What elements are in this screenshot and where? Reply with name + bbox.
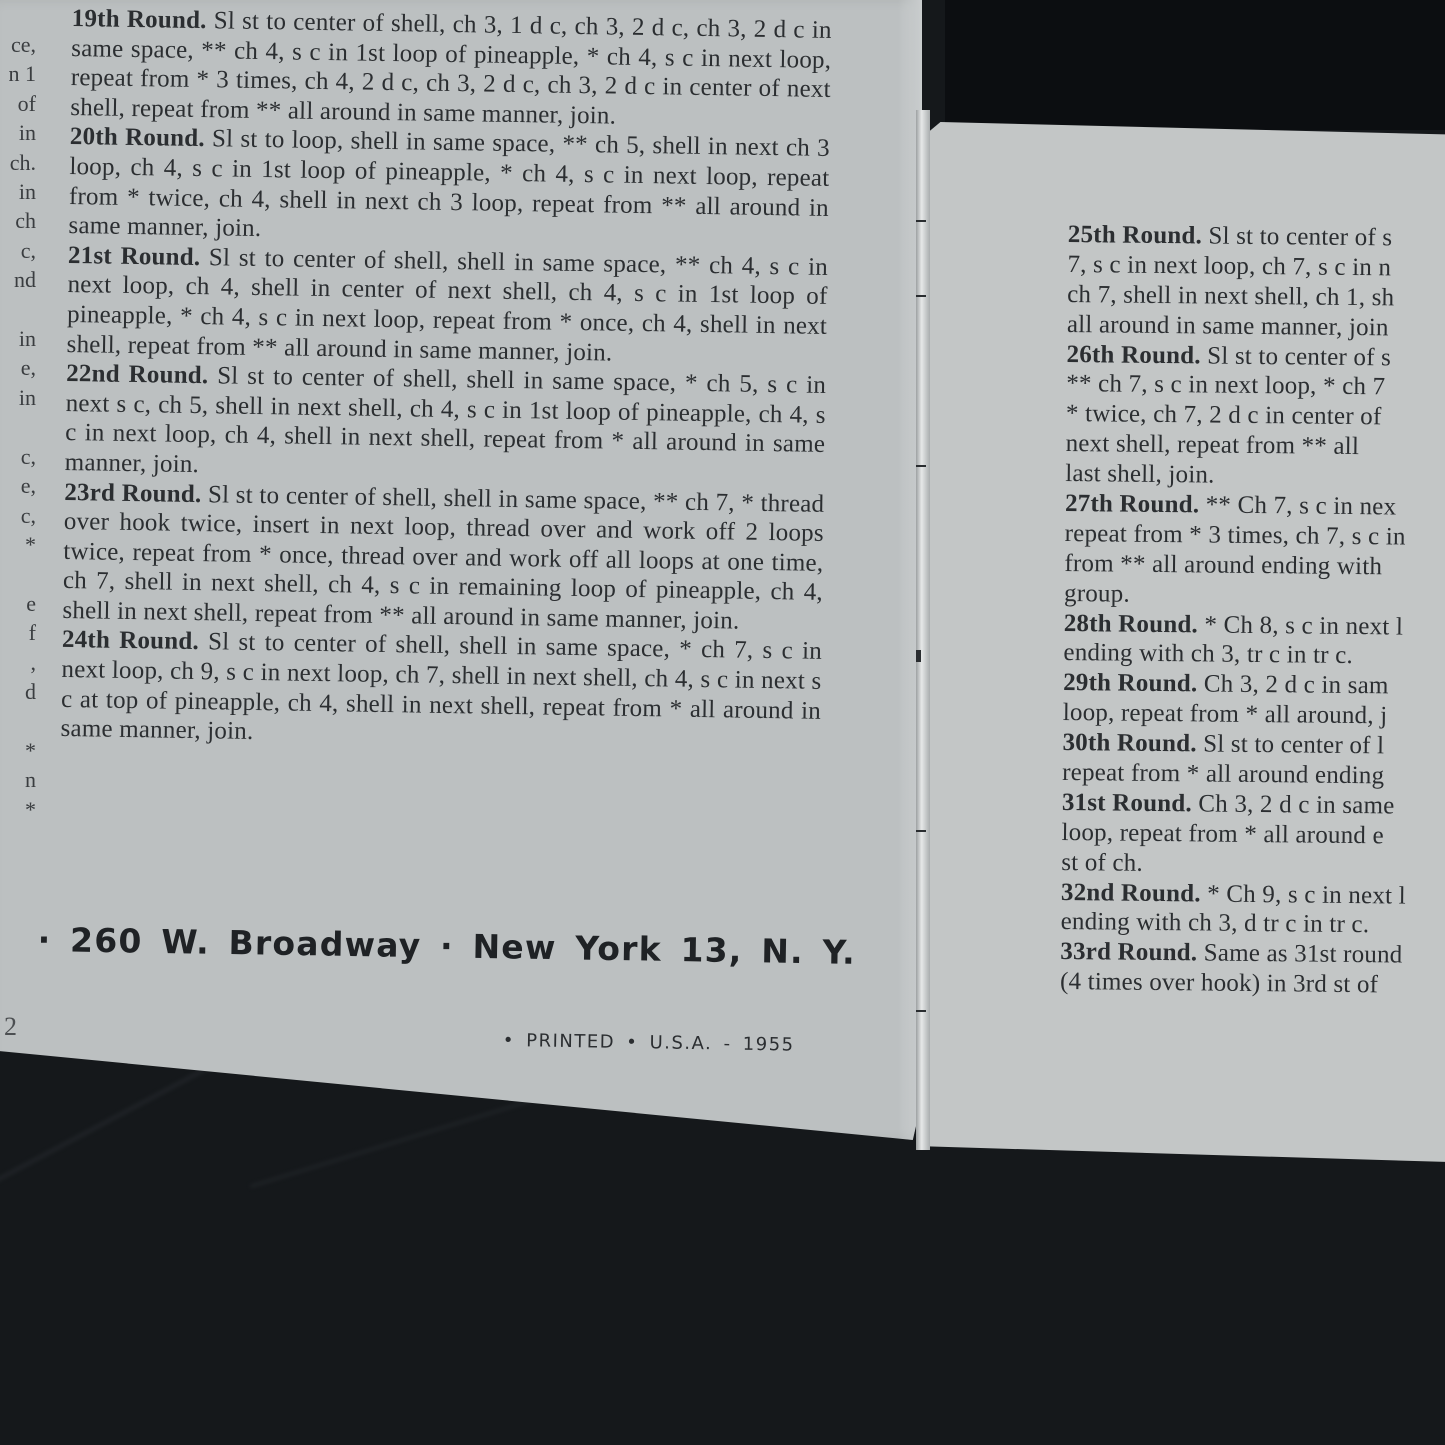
- round-text: Sl st to center of s: [1201, 342, 1392, 371]
- pattern-line: st of ch.: [1061, 848, 1445, 882]
- cut-margin-fragment: ch: [0, 206, 36, 235]
- round-text: * twice, ch 7, 2 d c in center of: [1066, 400, 1382, 430]
- round-21: 21st Round. Sl st to center of shell, sh…: [66, 241, 828, 371]
- staple-hole: [916, 830, 926, 832]
- cut-margin-fragment: c,: [0, 442, 36, 471]
- cut-margin-fragment: nd: [0, 265, 36, 294]
- round-label: 29th Round.: [1063, 669, 1197, 697]
- cut-margin-fragment: *: [0, 795, 36, 824]
- round-text: repeat from * 3 times, ch 7, s c in: [1065, 520, 1406, 551]
- cut-margin-fragment: e: [0, 589, 36, 618]
- round-label: 30th Round.: [1062, 729, 1196, 757]
- cut-margin-fragment: n: [0, 765, 36, 794]
- cut-margin-fragment: [0, 412, 36, 441]
- round-19: 19th Round. Sl st to center of shell, ch…: [70, 4, 832, 134]
- round-text: group.: [1064, 580, 1130, 608]
- round-text: loop, repeat from * all around, j: [1063, 699, 1388, 729]
- cut-margin-fragment: e,: [0, 471, 36, 500]
- cut-margin-fragment: c,: [0, 501, 36, 530]
- pattern-line: next shell, repeat from ** all: [1065, 429, 1445, 463]
- round-label: 25th Round.: [1068, 221, 1202, 249]
- cut-margin-fragment: *: [0, 736, 36, 765]
- round-label: 32nd Round.: [1061, 879, 1201, 907]
- pattern-line: 27th Round. ** Ch 7, s c in nex: [1065, 489, 1445, 523]
- pattern-line: 25th Round. Sl st to center of s: [1068, 220, 1445, 254]
- pattern-line: ch 7, shell in next shell, ch 1, sh: [1067, 280, 1445, 314]
- pattern-line: 32nd Round. * Ch 9, s c in next l: [1061, 878, 1445, 912]
- round-label: 26th Round.: [1066, 341, 1200, 369]
- cut-margin-fragment: in: [0, 118, 36, 147]
- cut-margin-fragment: c,: [0, 236, 36, 265]
- cut-margin-fragment: ch.: [0, 148, 36, 177]
- pattern-line: 7, s c in next loop, ch 7, s c in n: [1067, 250, 1445, 284]
- round-text: ** Ch 7, s c in nex: [1199, 491, 1396, 520]
- previous-column-cut-margin: ce,n 1ofinch.inchc,nd ine,in c,e,c,* ef,…: [0, 30, 36, 824]
- round-20: 20th Round. Sl st to loop, shell in same…: [68, 122, 830, 252]
- round-text: ** ch 7, s c in next loop, * ch 7: [1066, 370, 1385, 400]
- pattern-line: repeat from * 3 times, ch 7, s c in: [1065, 519, 1445, 553]
- cut-margin-fragment: ce,: [0, 30, 36, 59]
- pattern-line: loop, repeat from * all around, j: [1063, 698, 1445, 732]
- page-number: 2: [4, 1012, 17, 1042]
- round-text: (4 times over hook) in 3rd st of: [1060, 968, 1378, 998]
- pattern-column-left: 19th Round. Sl st to center of shell, ch…: [60, 4, 832, 756]
- round-label: 33rd Round.: [1060, 938, 1197, 966]
- booklet-spine-gutter: [916, 110, 930, 1150]
- cut-margin-fragment: in: [0, 324, 36, 353]
- pattern-line: ending with ch 3, tr c in tr c.: [1063, 638, 1445, 672]
- round-label: 28th Round.: [1064, 610, 1198, 638]
- round-text: Ch 3, 2 d c in sam: [1197, 671, 1389, 700]
- round-text: repeat from * all around ending: [1062, 759, 1384, 789]
- round-23: 23rd Round. Sl st to center of shell, sh…: [62, 477, 824, 637]
- pattern-line: 30th Round. Sl st to center of l: [1062, 728, 1445, 762]
- cut-margin-fragment: of: [0, 89, 36, 118]
- round-text: st of ch.: [1061, 849, 1143, 877]
- pattern-line: (4 times over hook) in 3rd st of: [1060, 967, 1445, 1001]
- round-text: Ch 3, 2 d c in same: [1192, 790, 1395, 819]
- pattern-line: 29th Round. Ch 3, 2 d c in sam: [1063, 668, 1445, 702]
- staple-hole: [916, 465, 926, 467]
- cut-margin-fragment: f: [0, 618, 36, 647]
- round-label: 27th Round.: [1065, 490, 1199, 518]
- round-text: ch 7, shell in next shell, ch 1, sh: [1067, 281, 1394, 311]
- pattern-line: * twice, ch 7, 2 d c in center of: [1066, 399, 1445, 433]
- cut-margin-fragment: in: [0, 177, 36, 206]
- publisher-address: · 260 W. Broadway · New York 13, N. Y.: [37, 920, 856, 972]
- pattern-line: group.: [1064, 579, 1445, 613]
- cut-margin-fragment: d: [0, 677, 36, 706]
- round-text: last shell, join.: [1065, 460, 1215, 489]
- printed-imprint: • PRINTED • U.S.A. - 1955: [503, 1030, 795, 1056]
- pattern-line: repeat from * all around ending: [1062, 758, 1445, 792]
- cut-margin-fragment: e,: [0, 353, 36, 382]
- round-text: 7, s c in next loop, ch 7, s c in n: [1067, 251, 1391, 281]
- pattern-line: from ** all around ending with: [1064, 549, 1445, 583]
- booklet-left-page: ce,n 1ofinch.inchc,nd ine,in c,e,c,* ef,…: [0, 0, 922, 1140]
- pattern-line: 33rd Round. Same as 31st round: [1060, 937, 1445, 971]
- pattern-column-right: 25th Round. Sl st to center of s7, s c i…: [1060, 220, 1445, 1002]
- pattern-line: last shell, join.: [1065, 459, 1445, 493]
- round-text: Same as 31st round: [1197, 940, 1402, 969]
- pattern-line: 28th Round. * Ch 8, s c in next l: [1064, 609, 1445, 643]
- round-text: ending with ch 3, tr c in tr c.: [1063, 639, 1353, 669]
- round-22: 22nd Round. Sl st to center of shell, sh…: [65, 359, 827, 489]
- pattern-line: loop, repeat from * all around e: [1061, 818, 1445, 852]
- staple-hole: [916, 1010, 926, 1012]
- round-text: all around in same manner, join: [1067, 311, 1389, 341]
- dark-backdrop-top: [945, 0, 1445, 130]
- pattern-line: 26th Round. Sl st to center of s: [1066, 340, 1445, 374]
- staple-hole: [916, 650, 921, 662]
- round-text: * Ch 9, s c in next l: [1201, 880, 1406, 909]
- round-text: next shell, repeat from ** all: [1066, 430, 1360, 460]
- round-24: 24th Round. Sl st to center of shell, sh…: [60, 625, 822, 755]
- pattern-line: all around in same manner, join: [1067, 310, 1445, 344]
- cut-margin-fragment: in: [0, 383, 36, 412]
- round-text: * Ch 8, s c in next l: [1198, 611, 1403, 640]
- round-text: ending with ch 3, d tr c in tr c.: [1061, 908, 1370, 938]
- cut-margin-fragment: [0, 559, 36, 588]
- pattern-line: 31st Round. Ch 3, 2 d c in same: [1062, 788, 1445, 822]
- round-label: 31st Round.: [1062, 789, 1192, 817]
- staple-hole: [916, 295, 926, 297]
- round-text: Sl st to center of l: [1197, 731, 1385, 760]
- cut-margin-fragment: *: [0, 530, 36, 559]
- staple-hole: [916, 220, 926, 222]
- round-text: Sl st to center of s: [1202, 222, 1393, 251]
- round-text: from ** all around ending with: [1064, 550, 1382, 580]
- cut-margin-fragment: [0, 706, 36, 735]
- cut-margin-fragment: [0, 295, 36, 324]
- pattern-line: ending with ch 3, d tr c in tr c.: [1060, 907, 1445, 941]
- cut-margin-fragment: n 1: [0, 59, 36, 88]
- cut-margin-fragment: ,: [0, 648, 36, 677]
- round-text: loop, repeat from * all around e: [1061, 819, 1384, 849]
- pattern-line: ** ch 7, s c in next loop, * ch 7: [1066, 369, 1445, 403]
